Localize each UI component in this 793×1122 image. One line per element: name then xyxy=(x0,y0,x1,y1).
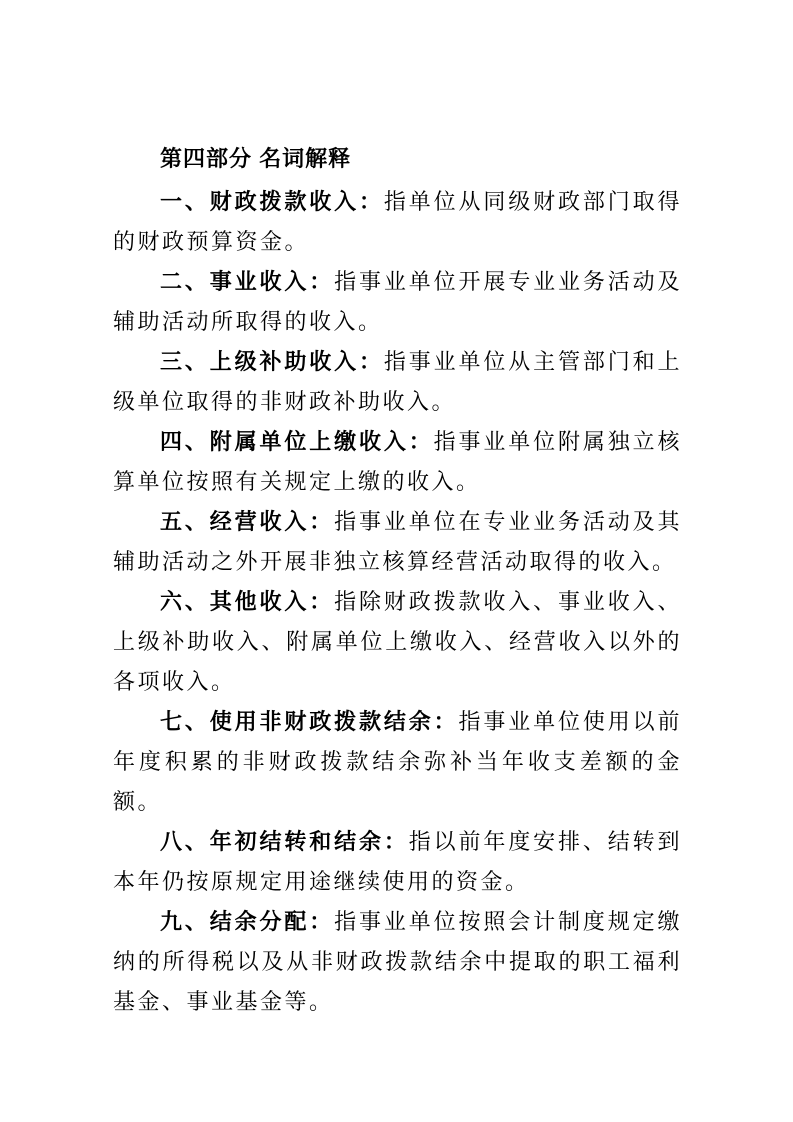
term-label: 八、年初结转和结余： xyxy=(160,829,409,854)
term-label: 一、财政拨款收入： xyxy=(160,189,384,214)
term-label: 三、上级补助收入： xyxy=(160,349,384,374)
term-label: 二、事业收入： xyxy=(160,269,334,294)
term-paragraph: 一、财政拨款收入：指单位从同级财政部门取得的财政预算资金。 xyxy=(113,182,682,262)
term-paragraph: 六、其他收入：指除财政拨款收入、事业收入、上级补助收入、附属单位上缴收入、经营收… xyxy=(113,582,682,702)
document-page: 第四部分 名词解释 一、财政拨款收入：指单位从同级财政部门取得的财政预算资金。 … xyxy=(0,0,793,1122)
term-paragraph: 七、使用非财政拨款结余：指事业单位使用以前年度积累的非财政拨款结余弥补当年收支差… xyxy=(113,702,682,822)
term-paragraph: 五、经营收入：指事业单位在专业业务活动及其辅助活动之外开展非独立核算经营活动取得… xyxy=(113,502,682,582)
term-paragraph: 三、上级补助收入：指事业单位从主管部门和上级单位取得的非财政补助收入。 xyxy=(113,342,682,422)
term-paragraph: 九、结余分配：指事业单位按照会计制度规定缴纳的所得税以及从非财政拨款结余中提取的… xyxy=(113,902,682,1022)
section-heading: 第四部分 名词解释 xyxy=(113,139,682,179)
term-label: 四、附属单位上缴收入： xyxy=(160,429,434,454)
term-paragraph: 四、附属单位上缴收入：指事业单位附属独立核算单位按照有关规定上缴的收入。 xyxy=(113,422,682,502)
term-label: 六、其他收入： xyxy=(160,589,334,614)
term-paragraph: 二、事业收入：指事业单位开展专业业务活动及辅助活动所取得的收入。 xyxy=(113,262,682,342)
term-label: 七、使用非财政拨款结余： xyxy=(160,709,458,734)
term-label: 九、结余分配： xyxy=(160,909,334,934)
term-paragraph: 八、年初结转和结余：指以前年度安排、结转到本年仍按原规定用途继续使用的资金。 xyxy=(113,822,682,902)
term-label: 五、经营收入： xyxy=(160,509,334,534)
